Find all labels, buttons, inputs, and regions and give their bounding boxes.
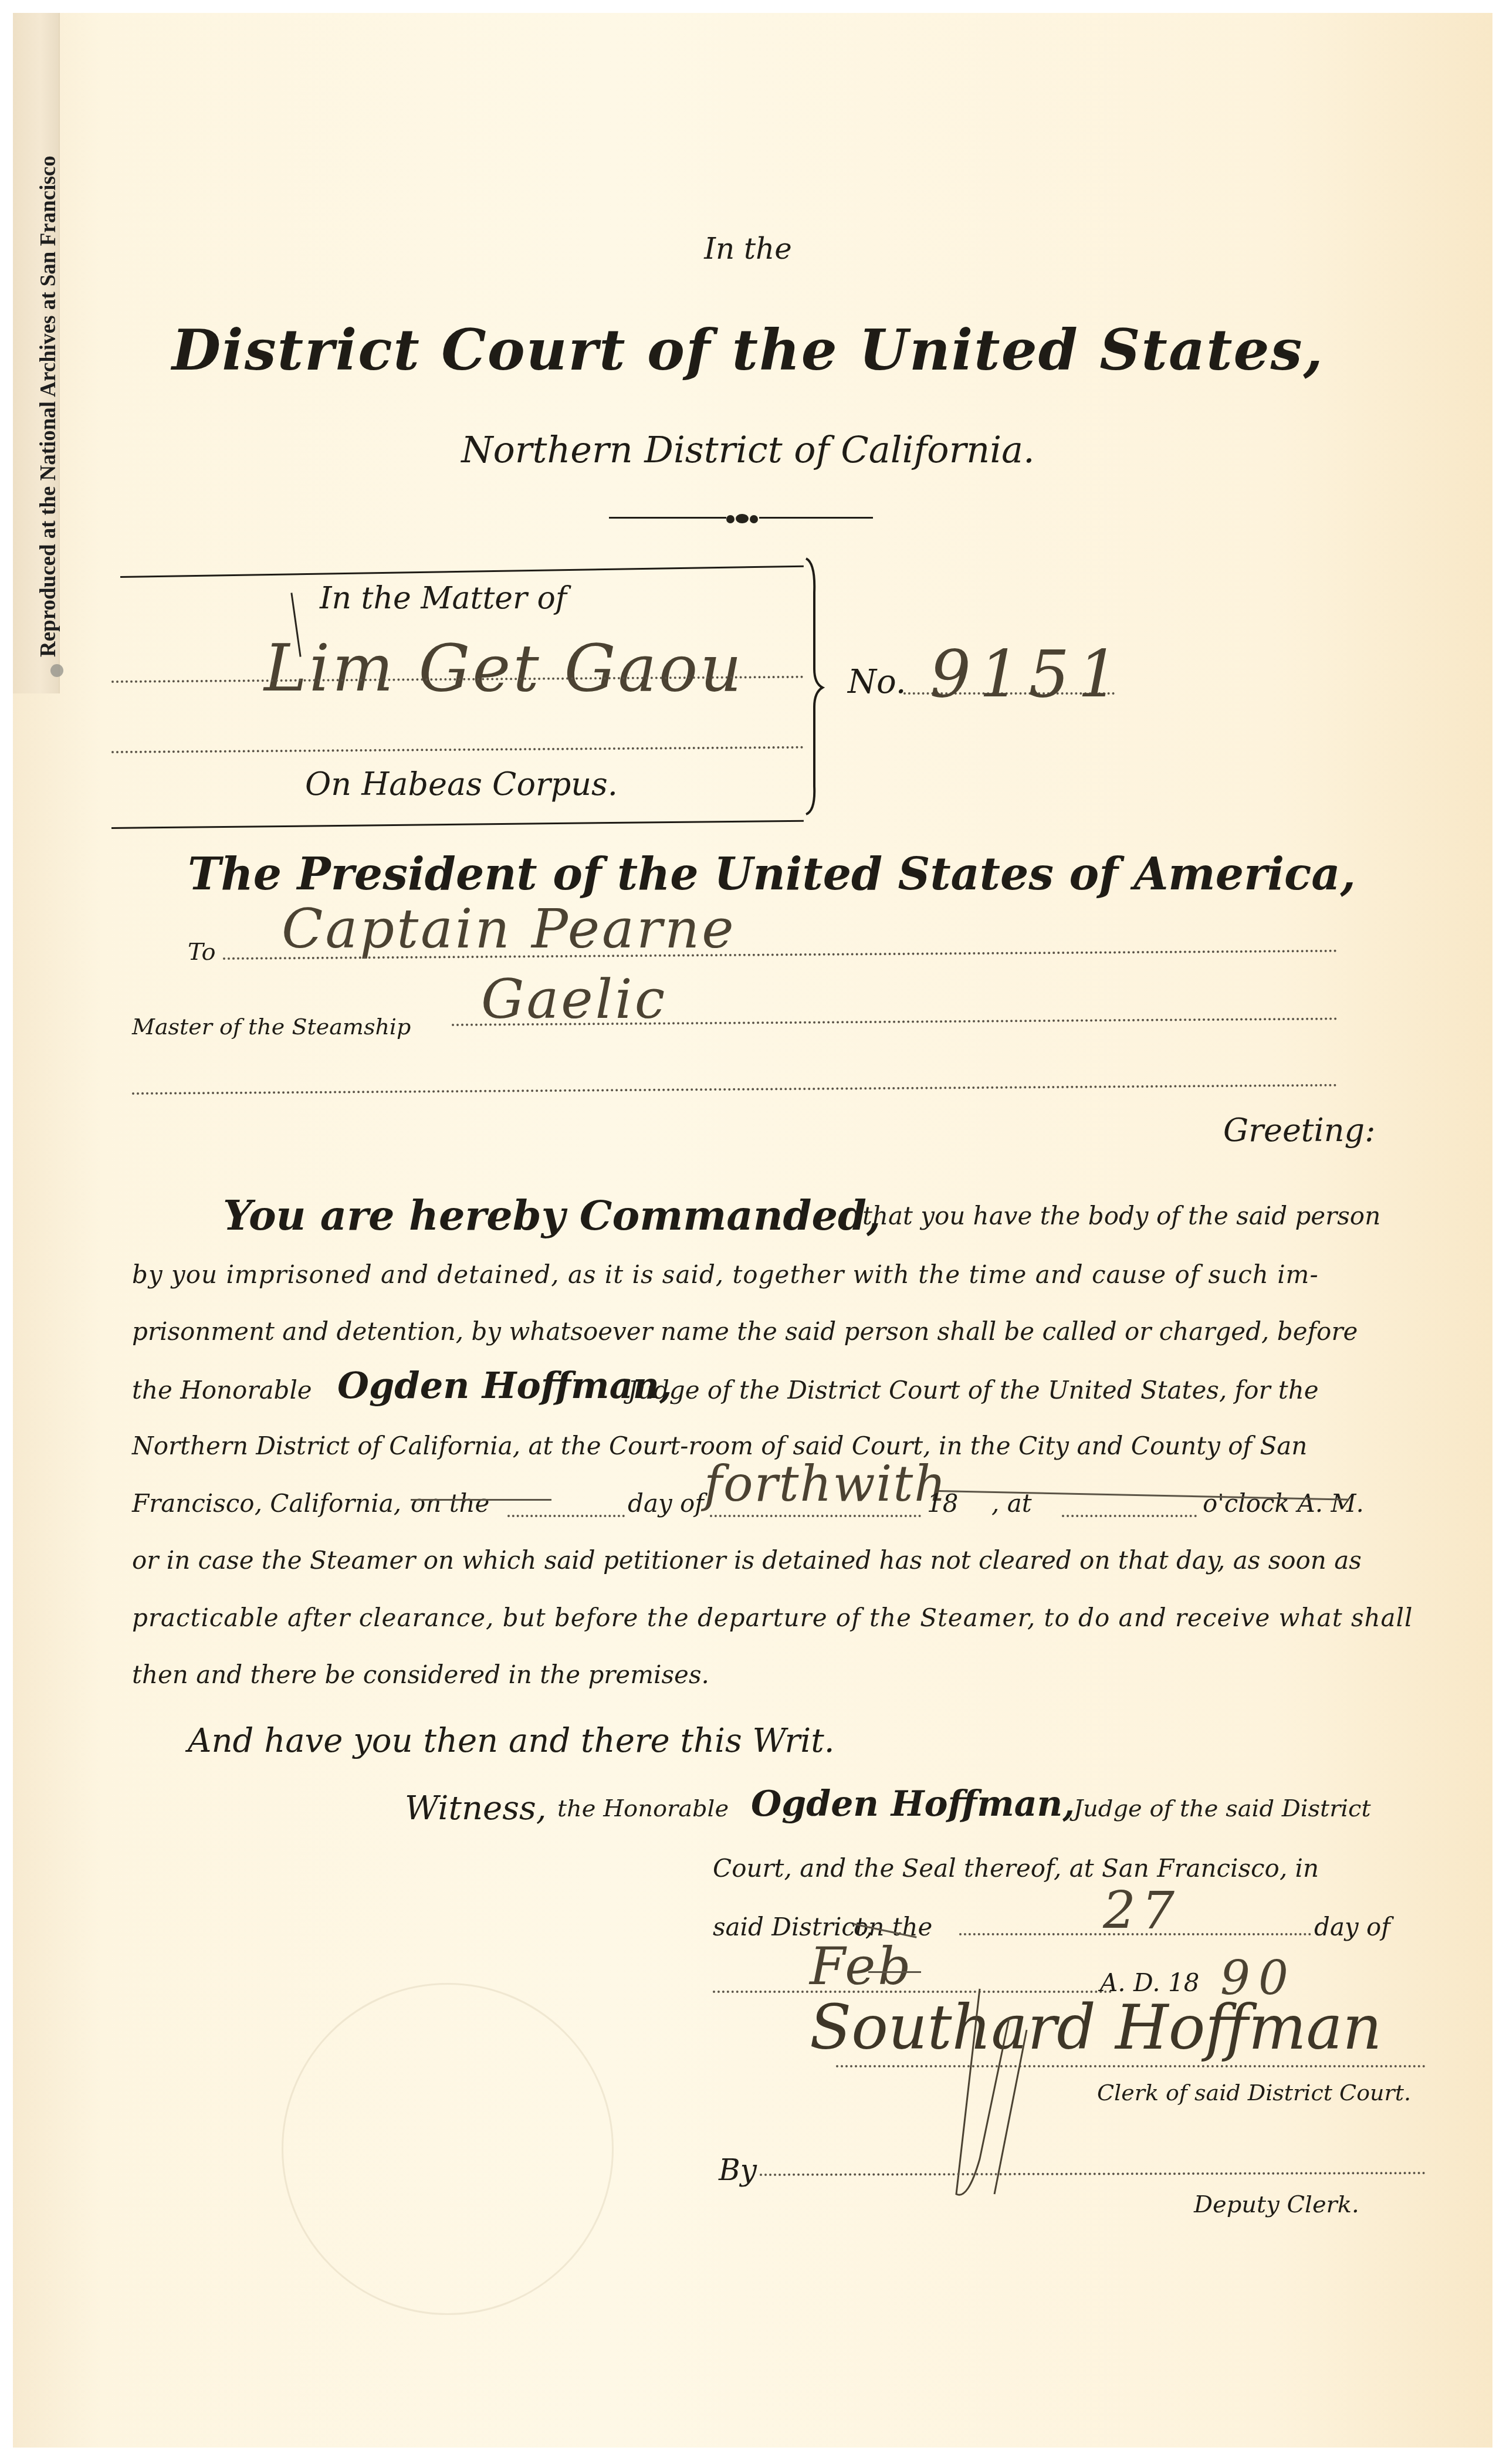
header-in-the: In the (0, 232, 1496, 266)
body-time: o'clock A. M. (1203, 1489, 1364, 1518)
to-label: To (188, 939, 216, 966)
judge-name: Ogden Hoffman, (337, 1364, 672, 1407)
body-year-18: 18 (927, 1489, 958, 1518)
court-title: District Court of the United States, (0, 317, 1496, 383)
month-flourish (868, 1971, 921, 1973)
body-line-8: practicable after clearance, but before … (132, 1603, 1413, 1632)
ornamental-divider (609, 512, 873, 523)
archive-label: Reproduced at the National Archives at S… (36, 155, 61, 657)
forthwith-line (710, 1515, 921, 1517)
clerk-title: Clerk of said District Court. (1097, 2080, 1411, 2106)
body-line-2: by you imprisoned and detained, as it is… (132, 1260, 1319, 1289)
signature-flourish (892, 1983, 1079, 2200)
witness-day-of: day of (1314, 1913, 1390, 1941)
witness-judge-name: Ogden Hoffman, (751, 1783, 1075, 1825)
witness-line-2: Court, and the Seal thereof, at San Fran… (713, 1854, 1319, 1883)
master-label: Master of the Steamship (132, 1014, 411, 1040)
witness-rest-1: Judge of the said District (1074, 1795, 1371, 1822)
deputy-title: Deputy Clerk. (1194, 2191, 1359, 2218)
time-line (1062, 1515, 1197, 1517)
greeting: Greeting: (1223, 1112, 1375, 1149)
matter-label: In the Matter of (320, 581, 567, 616)
body-line-4a: the Honorable (132, 1376, 312, 1404)
by-label: By (719, 2153, 757, 2187)
witness-lead: Witness, (405, 1789, 546, 1827)
body-line-6-struck: on the (411, 1489, 489, 1518)
case-number: 9151 (930, 637, 1127, 712)
witness-day-value: 27 (1103, 1880, 1180, 1941)
case-no-label: No. (848, 663, 906, 701)
body-line-6b: day of (628, 1489, 704, 1518)
command-lead: You are hereby Commanded, (223, 1191, 881, 1240)
body-line-1: that you have the body of the said perso… (862, 1201, 1380, 1230)
caption-brace (804, 557, 825, 815)
strike-on-the (411, 1499, 551, 1501)
to-value: Captain Pearne (282, 898, 736, 960)
steamship-value: Gaelic (481, 968, 667, 1031)
body-line-4b: Judge of the District Court of the Unite… (628, 1376, 1319, 1404)
writ-line: And have you then and there this Writ. (188, 1722, 835, 1760)
salutation: The President of the United States of Am… (188, 848, 1356, 900)
district-title: Northern District of California. (0, 428, 1496, 471)
paper-clip-mark (50, 664, 63, 677)
body-line-6a: Francisco, California, (132, 1489, 401, 1518)
witness-honorable: the Honorable (557, 1795, 729, 1822)
day-line (507, 1515, 625, 1517)
body-line-7: or in case the Steamer on which said pet… (132, 1546, 1362, 1575)
faded-court-seal (282, 1983, 614, 2315)
petitioner-name: Lim Get Gaou (264, 631, 744, 706)
body-line-9: then and there be considered in the prem… (132, 1660, 709, 1689)
forthwith-value: forthwith (704, 1455, 947, 1512)
body-line-3: prisonment and detention, by whatsoever … (132, 1317, 1358, 1346)
proceeding-label: On Habeas Corpus. (305, 766, 618, 803)
